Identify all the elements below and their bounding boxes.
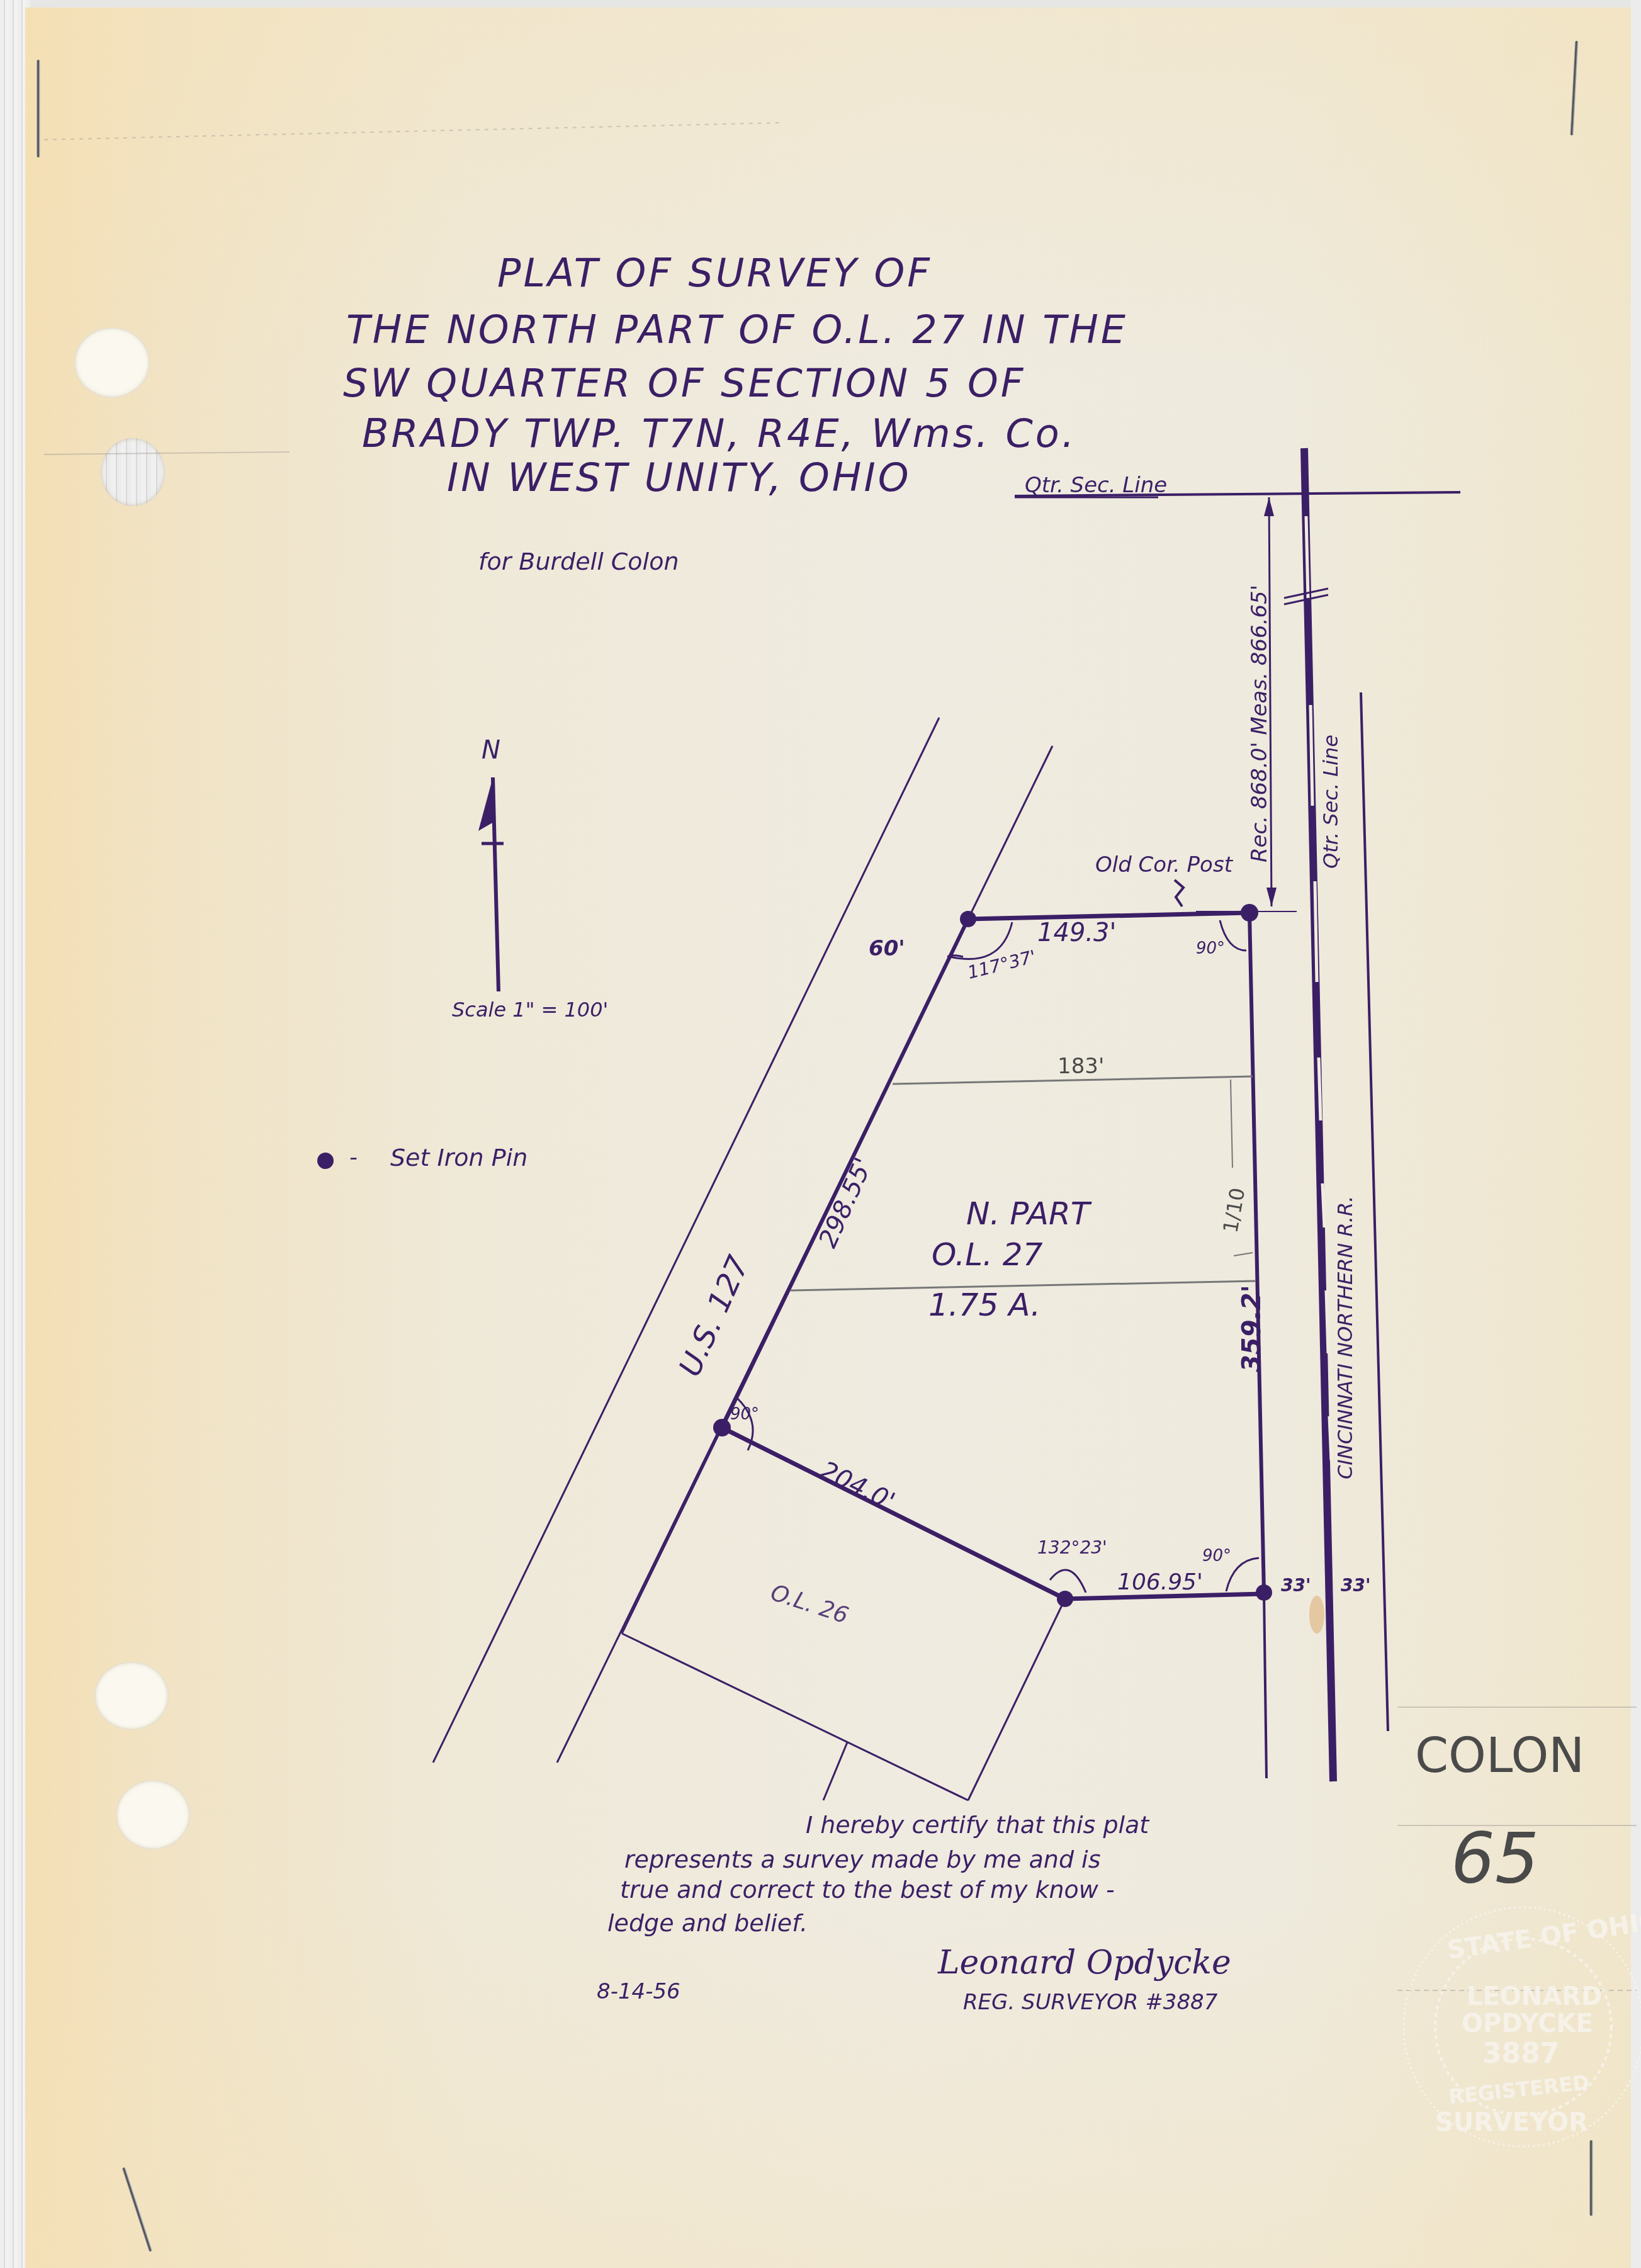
title-line-5: IN WEST UNITY, OHIO [447,454,911,500]
seal-bottom-arc-2: SURVEYOR [1435,2108,1588,2137]
south-line-length: 204.0' [816,1456,899,1516]
title-line-4: BRADY TWP. T7N, R4E, Wms. Co. [362,410,1076,456]
railroad-label: CINCINNATI NORTHERN R.R. [1333,1196,1357,1479]
parcel-name-line-2: O.L. 27 [932,1236,1043,1273]
seal-number: 3887 [1482,2038,1559,2070]
north-label: N [482,736,500,765]
east-line-length: 359.2' [1238,1285,1266,1372]
seal-name-line-2: OPDYCKE [1462,2009,1593,2038]
north-arrow-icon [478,777,504,991]
plat-drawing: PLAT OF SURVEY OF THE NORTH PART OF O.L.… [0,0,1641,2268]
iron-pin-icon [1256,1584,1272,1601]
angle-se: 90° [1202,1547,1231,1566]
seal-top-arc: STATE OF OHIO [1445,1907,1641,1965]
angle-nw: 117°37' [966,946,1038,983]
scale-label: Scale 1" = 100' [452,998,608,1022]
plat-title: PLAT OF SURVEY OF THE NORTH PART OF O.L.… [343,250,1128,500]
north-line-length: 149.3' [1037,918,1117,947]
highway-label: U.S. 127 [672,1250,757,1382]
iron-pin-legend-icon [317,1153,334,1169]
south-east-segment-length: 106.95' [1117,1569,1203,1595]
road-width-label: 60' [869,936,905,961]
seal-name-line-1: LEONARD [1467,1982,1602,2011]
certification-block: I hereby certify that this plat represen… [607,1811,1150,1937]
certification-line-2: represents a survey made by me and is [624,1846,1100,1873]
certification-line-1: I hereby certify that this plat [806,1811,1150,1839]
client-name: for Burdell Colon [478,548,679,575]
survey-date: 8-14-56 [597,1979,680,2004]
legend-dash: - [349,1144,358,1170]
certification-line-3: true and correct to the best of my know … [620,1876,1115,1904]
title-line-2: THE NORTH PART OF O.L. 27 IN THE [346,307,1128,353]
row-width-left: 33' [1281,1575,1311,1596]
adjacent-lot-label: O.L. 26 [767,1580,852,1629]
embossed-surveyor-seal: STATE OF OHIO LEONARD OPDYCKE 3887 REGIS… [1404,1907,1641,2147]
certification-line-4: ledge and belief. [607,1909,808,1937]
row-width-right: 33' [1341,1575,1371,1596]
qtr-sec-line-top-label: Qtr. Sec. Line [1025,473,1167,498]
old-corner-post-icon [1241,904,1258,922]
west-line-length: 298.55' [813,1153,878,1252]
surveyor-registration: REG. SURVEYOR #3887 [963,1990,1218,2015]
old-cor-post-label: Old Cor. Post [1095,852,1234,877]
angle-se-break: 132°23' [1037,1537,1107,1558]
pencil-fraction: 1/10 [1218,1186,1249,1234]
surveyor-signature: Leonard Opdycke [937,1944,1231,1982]
iron-pin-legend-label: Set Iron Pin [390,1144,527,1171]
pencil-line-length: 183' [1057,1054,1104,1079]
iron-pin-icon [960,911,976,927]
title-line-1: PLAT OF SURVEY OF [497,250,932,296]
angle-sw: 90° [730,1405,759,1424]
file-mark-number: 65 [1451,1818,1539,1898]
angle-ne: 90° [1196,939,1225,958]
rec-meas-dimension: Rec. 868.0' Meas. 866.65' [1247,585,1272,862]
qtr-sec-line-side-label: Qtr. Sec. Line [1319,735,1343,869]
parcel-name-line-1: N. PART [966,1195,1092,1232]
title-line-3: SW QUARTER OF SECTION 5 OF [343,360,1026,406]
file-mark-name: COLON [1415,1727,1584,1783]
parcel-area: 1.75 A. [928,1287,1040,1323]
